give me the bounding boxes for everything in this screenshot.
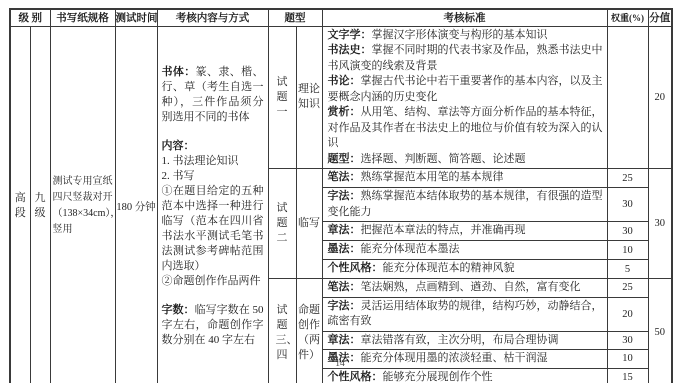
weight-cell: 25 (607, 169, 648, 188)
content-paragraph: ②命题创作作品两件 (162, 274, 264, 289)
content-paragraph: ①在题目给定的五种范本中选择一种进行临写（范本在四川省书法水平测试毛笔书法测试参… (162, 184, 264, 274)
paper-spec-cell: 测试专用宣纸四尺竖裁对开（138×34cm），竖用 (50, 26, 115, 383)
header-test-time: 测试时间 (115, 9, 157, 26)
weight-cell: 15 (607, 368, 648, 383)
category-label: 临写 (297, 216, 321, 231)
header-weight: 权重(%) (607, 9, 648, 26)
category-label: 理论知识 (297, 82, 321, 112)
standard-item: 笔法：熟练掌握范本用笔的基本规律 (328, 170, 603, 186)
block-theory-row: 高段 九级 测试专用宣纸四尺竖裁对开（138×34cm），竖用 180 分钟 书… (10, 26, 672, 169)
score-cell: 20 (648, 26, 672, 169)
score-cell: 30 (648, 169, 672, 279)
header-question-type: 题型 (268, 9, 322, 26)
standard-item: 墨法：能充分体现范本墨法 (328, 242, 603, 258)
standard-item: 书法史：掌握不同时期的代表书家及作品，熟悉书法史中书风演变的线索及背景 (328, 43, 603, 74)
grade-group-cell: 高段 (10, 26, 30, 383)
header-standard: 考核标准 (322, 9, 607, 26)
standard-cell: 字法：灵活运用结体取势的规律，结构巧妙，动静结合，疏密有致 (322, 297, 607, 331)
content-paragraph: 书体：篆、隶、楷、行、草（考生自选一种），三件作品须分别选用不同的书体 (162, 65, 264, 125)
grade-label: 九级 (34, 191, 47, 221)
standard-cell: 个性风格：能充分体现范本的精神风貌 (322, 260, 607, 279)
standard-item: 赏析：从用笔、结构、章法等方面分析作品的基本特征，对作品及其作者在书法史上的地位… (328, 105, 603, 152)
question-no-cell: 试题一 (268, 26, 296, 169)
assessment-table: 级 别 书写纸规格 测试时间 考核内容与方式 题型 考核标准 权重(%) 分值 … (9, 8, 673, 383)
weight-cell: 30 (607, 188, 648, 222)
weight-cell: 30 (607, 222, 648, 241)
category-cell: 临写 (296, 169, 322, 279)
category-label: 命题创作（两件） (297, 303, 321, 363)
standard-cell: 笔法：笔法娴熟，点画精到、遒劲、自然，富有变化 (322, 279, 607, 298)
content-paragraph: 1. 书法理论知识 (162, 154, 264, 169)
content-paragraph: 2. 书写 (162, 169, 264, 184)
header-score: 分值 (648, 9, 672, 26)
weight-cell: 25 (607, 279, 648, 298)
standard-item: 个性风格：能够充分展现创作个性 (328, 370, 603, 383)
table-header-row: 级 别 书写纸规格 测试时间 考核内容与方式 题型 考核标准 权重(%) 分值 (10, 9, 672, 26)
standard-cell: 笔法：熟练掌握范本用笔的基本规律 (322, 169, 607, 188)
standard-item: 题型：选择题、判断题、简答题、论述题 (328, 152, 603, 168)
standard-item: 书论：掌握古代书论中若干重要著作的基本内容，以及主要概念内涵的历史变化 (328, 74, 603, 105)
content-paragraph: 字数：临写字数在 50 字左右，命题创作字数分别在 40 字左右 (162, 303, 264, 348)
standard-cell: 墨法：能充分体现范本墨法 (322, 241, 607, 260)
standard-item: 字法：灵活运用结体取势的规律，结构巧妙，动静结合，疏密有致 (328, 299, 603, 330)
standard-cell: 个性风格：能够充分展现创作个性 (322, 368, 607, 383)
weight-cell: 5 (607, 260, 648, 279)
page-number: 14 (0, 359, 680, 369)
standard-item: 文字学：掌握汉字形体演变与构形的基本知识 (328, 28, 603, 44)
standard-cell: 章法：章法错落有致，主次分明，布局合理协调 (322, 331, 607, 350)
header-level: 级 别 (10, 9, 50, 26)
question-no-label: 试题三、四 (276, 303, 289, 363)
question-no-label: 试题二 (276, 201, 289, 246)
weight-cell: 20 (607, 297, 648, 331)
grade-cell: 九级 (30, 26, 50, 383)
weight-cell (607, 26, 648, 169)
standard-cell: 文字学：掌握汉字形体演变与构形的基本知识 书法史：掌握不同时期的代表书家及作品，… (322, 26, 607, 169)
content-paragraph: 内容： (162, 139, 264, 154)
standard-item: 笔法：笔法娴熟，点画精到、遒劲、自然，富有变化 (328, 280, 603, 296)
standard-cell: 字法：熟练掌握范本结体取势的基本规律，有很强的造型变化能力 (322, 188, 607, 222)
weight-cell: 30 (607, 331, 648, 350)
test-time-cell: 180 分钟 (115, 26, 157, 383)
header-content-method: 考核内容与方式 (157, 9, 268, 26)
standard-item: 字法：熟练掌握范本结体取势的基本规律，有很强的造型变化能力 (328, 189, 603, 220)
grade-group-label: 高段 (14, 191, 27, 221)
standard-item: 章法：把握范本章法的特点，并准确再现 (328, 223, 603, 239)
standard-item: 章法：章法错落有致，主次分明，布局合理协调 (328, 333, 603, 349)
weight-cell: 10 (607, 241, 648, 260)
content-method-cell: 书体：篆、隶、楷、行、草（考生自选一种），三件作品须分别选用不同的书体 内容： … (157, 26, 268, 383)
header-paper-spec: 书写纸规格 (50, 9, 115, 26)
question-no-cell: 试题二 (268, 169, 296, 279)
standard-cell: 章法：把握范本章法的特点，并准确再现 (322, 222, 607, 241)
document-page: 级 别 书写纸规格 测试时间 考核内容与方式 题型 考核标准 权重(%) 分值 … (0, 0, 680, 383)
question-no-label: 试题一 (276, 75, 289, 120)
category-cell: 理论知识 (296, 26, 322, 169)
standard-item: 个性风格：能充分体现范本的精神风貌 (328, 261, 603, 277)
